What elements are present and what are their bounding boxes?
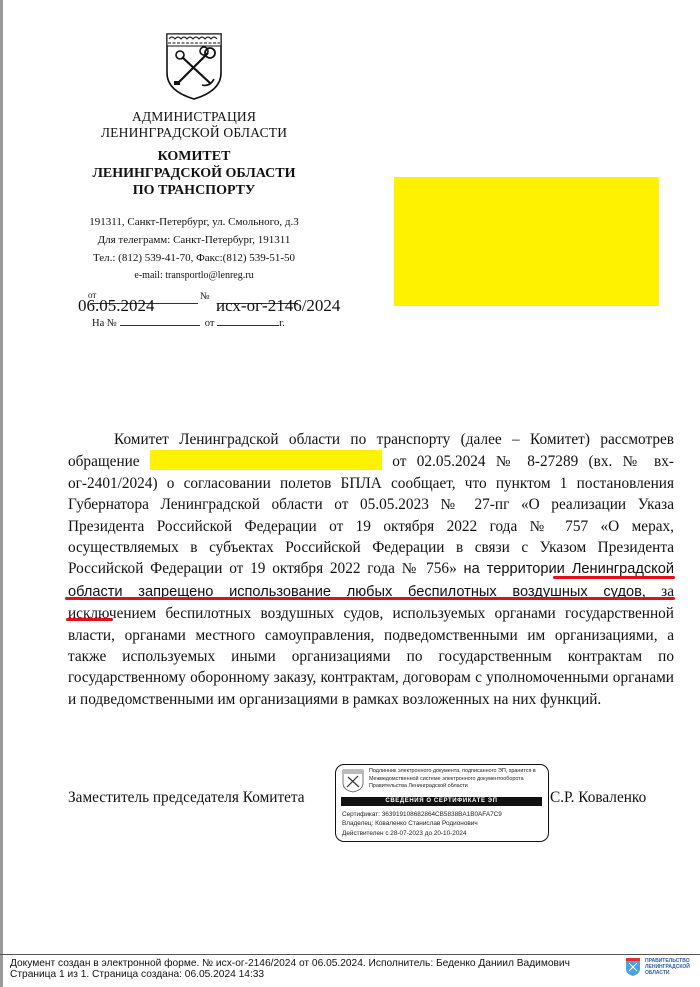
outgoing-number: исх-ог-2146/2024	[216, 296, 340, 316]
certificate-owner: Владелец: Коваленко Станислав Родионович	[342, 819, 502, 828]
electronic-signature-stamp: Подлинник электронного документа, подпис…	[335, 764, 549, 842]
page-left-border	[0, 0, 3, 987]
coat-of-arms-small-icon	[342, 769, 364, 793]
committee-name: КОМИТЕТ ЛЕНИНГРАДСКОЙ ОБЛАСТИ ПО ТРАНСПО…	[60, 148, 328, 199]
ref-date-blank	[217, 316, 279, 326]
outgoing-number-row: от 06.05.2024 № исх-ог-2146/2024	[78, 286, 348, 316]
signatory-name: С.Р. Коваленко	[550, 789, 646, 807]
footer-divider	[0, 954, 700, 955]
government-logo: ПРАВИТЕЛЬСТВО ЛЕНИНГРАДСКОЙ ОБЛАСТИ	[626, 957, 696, 981]
red-underline-1	[553, 576, 675, 579]
contact-block: 191311, Санкт-Петербург, ул. Смольного, …	[60, 213, 328, 285]
red-underline-3	[66, 618, 113, 621]
address: 191311, Санкт-Петербург, ул. Смольного, …	[60, 213, 328, 231]
email: e-mail: transportlo@lenreg.ru	[60, 267, 328, 285]
red-underline-2	[65, 597, 675, 600]
government-emblem-icon	[626, 958, 640, 976]
ref-number-blank	[120, 316, 200, 326]
footer-info: Документ создан в электронной форме. № и…	[10, 958, 570, 980]
certificate-number: Сертификат: 363919108682864CB5838BA1B0AF…	[342, 810, 502, 819]
coat-of-arms-icon	[164, 31, 224, 101]
reference-row: На № от г.	[92, 316, 285, 329]
outgoing-date: 06.05.2024	[78, 296, 155, 316]
signatory-title: Заместитель председателя Комитета	[68, 789, 305, 807]
letter-body: Комитет Ленинградской области по транспо…	[68, 429, 674, 710]
redacted-recipient-block	[394, 177, 659, 306]
phone-fax: Тел.: (812) 539-41-70, Факс:(812) 539-51…	[60, 249, 328, 267]
telegram-address: Для телеграмм: Санкт-Петербург, 191311	[60, 231, 328, 249]
certificate-validity: Действителен с 28-07-2023 до 20-10-2024	[342, 829, 502, 838]
administration-name: АДМИНИСТРАЦИЯ ЛЕНИНГРАДСКОЙ ОБЛАСТИ	[60, 109, 328, 141]
redacted-applicant	[150, 450, 382, 470]
